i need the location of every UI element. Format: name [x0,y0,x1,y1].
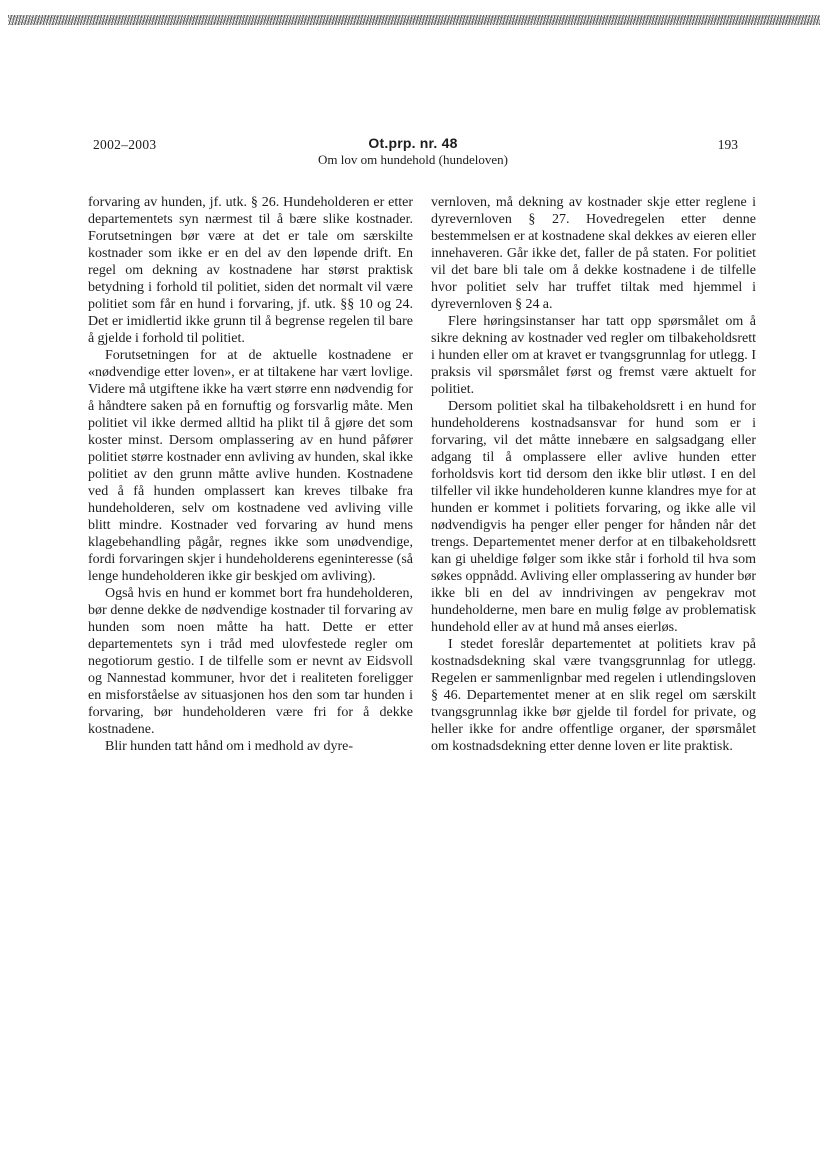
left-column: forvaring av hunden, jf. utk. § 26. Hund… [88,194,413,755]
paragraph: Blir hunden tatt hånd om i medhold av dy… [88,738,413,755]
paragraph: Også hvis en hund er kommet bort fra hun… [88,585,413,738]
document-page: 2002–2003 Ot.prp. nr. 48 Om lov om hunde… [0,0,826,1169]
paragraph: Flere høringsinstanser har tatt opp spør… [431,313,756,398]
body-text: forvaring av hunden, jf. utk. § 26. Hund… [88,194,756,755]
document-title: Ot.prp. nr. 48 [0,136,826,151]
paragraph: vernloven, må dekning av kostnader skje … [431,194,756,313]
right-column: vernloven, må dekning av kostnader skje … [431,194,756,755]
header-center: Ot.prp. nr. 48 Om lov om hundehold (hund… [0,136,826,167]
scan-artifact-band [8,15,820,25]
page-number: 193 [718,137,738,152]
document-subtitle: Om lov om hundehold (hundeloven) [0,152,826,167]
paragraph: Forutsetningen for at de aktuelle kostna… [88,347,413,585]
paragraph: forvaring av hunden, jf. utk. § 26. Hund… [88,194,413,347]
paragraph: Dersom politiet skal ha tilbakeholdsrett… [431,398,756,636]
paragraph: I stedet foreslår departementet at polit… [431,636,756,755]
